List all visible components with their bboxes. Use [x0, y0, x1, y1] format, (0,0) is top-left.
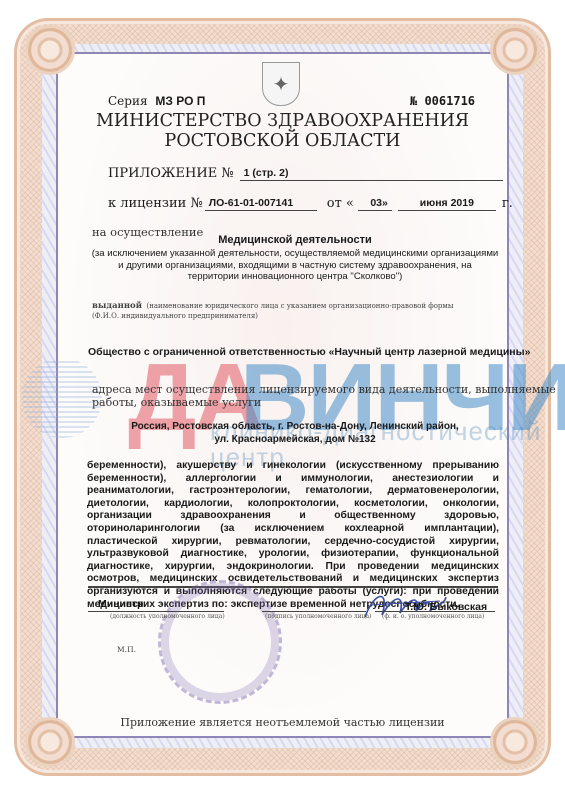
license-row: к лицензии № ЛО-61-01-007141 от « 03» ию…: [108, 196, 513, 211]
license-label: к лицензии №: [108, 196, 203, 211]
name-caption: (ф. и. о. уполномоченного лица): [382, 613, 484, 620]
ministry-title-line1: МИНИСТЕРСТВО ЗДРАВООХРАНЕНИЯ: [0, 111, 565, 132]
coat-of-arms-icon: ✦: [262, 62, 300, 106]
series-value: МЗ РО П: [155, 94, 205, 108]
series: Серия МЗ РО П: [108, 94, 205, 108]
appendix-label: ПРИЛОЖЕНИЕ №: [108, 166, 234, 181]
appendix-value: 1 (стр. 2): [240, 167, 503, 181]
position-caption: (должность уполномоченного лица): [110, 613, 225, 620]
license-day: 03»: [358, 197, 392, 211]
issued-hint-2: (Ф.И.О. индивидуального предпринимателя): [92, 311, 453, 321]
corner-rosette-icon: [493, 28, 537, 72]
issued-hint-1: (наименование юридического лица с указан…: [146, 302, 453, 310]
license-month-year: июня 2019: [398, 197, 496, 211]
issued-label: выданной: [92, 301, 142, 311]
license-year-suffix: г.: [502, 196, 513, 211]
footer-note: Приложение является неотъемлемой частью …: [0, 716, 565, 729]
form-number: № 0061716: [410, 94, 475, 108]
activity-title: Медицинской деятельности: [85, 234, 505, 246]
name-line: [375, 611, 495, 612]
address-label: адреса мест осуществления лицензируемого…: [92, 384, 556, 409]
official-seal-icon: [158, 580, 282, 704]
corner-rosette-icon: [28, 28, 72, 72]
address-value: Россия, Ростовская область, г. Ростов-на…: [85, 420, 505, 446]
position-line: [88, 611, 224, 612]
signatory-position: Министр: [98, 598, 143, 610]
activity-note: (за исключением указанной деятельности, …: [85, 248, 505, 283]
license-number: ЛО-61-01-007141: [205, 197, 317, 211]
issued-block: выданной (наименование юридического лица…: [92, 301, 453, 321]
ministry-title-line2: РОСТОВСКОЙ ОБЛАСТИ: [0, 131, 565, 152]
seal-label: М.П.: [117, 645, 136, 654]
series-label: Серия: [108, 94, 148, 108]
license-from-label: от «: [327, 196, 354, 211]
signature-caption: (подпись уполномоченного лица): [265, 613, 371, 620]
organization-name: Общество с ограниченной ответственностью…: [88, 346, 530, 358]
appendix-row: ПРИЛОЖЕНИЕ № 1 (стр. 2): [108, 166, 503, 181]
signature-line: [262, 611, 366, 612]
license-appendix-document: ДА ВИНЧИ клинико-диагностический центр С…: [0, 0, 565, 800]
